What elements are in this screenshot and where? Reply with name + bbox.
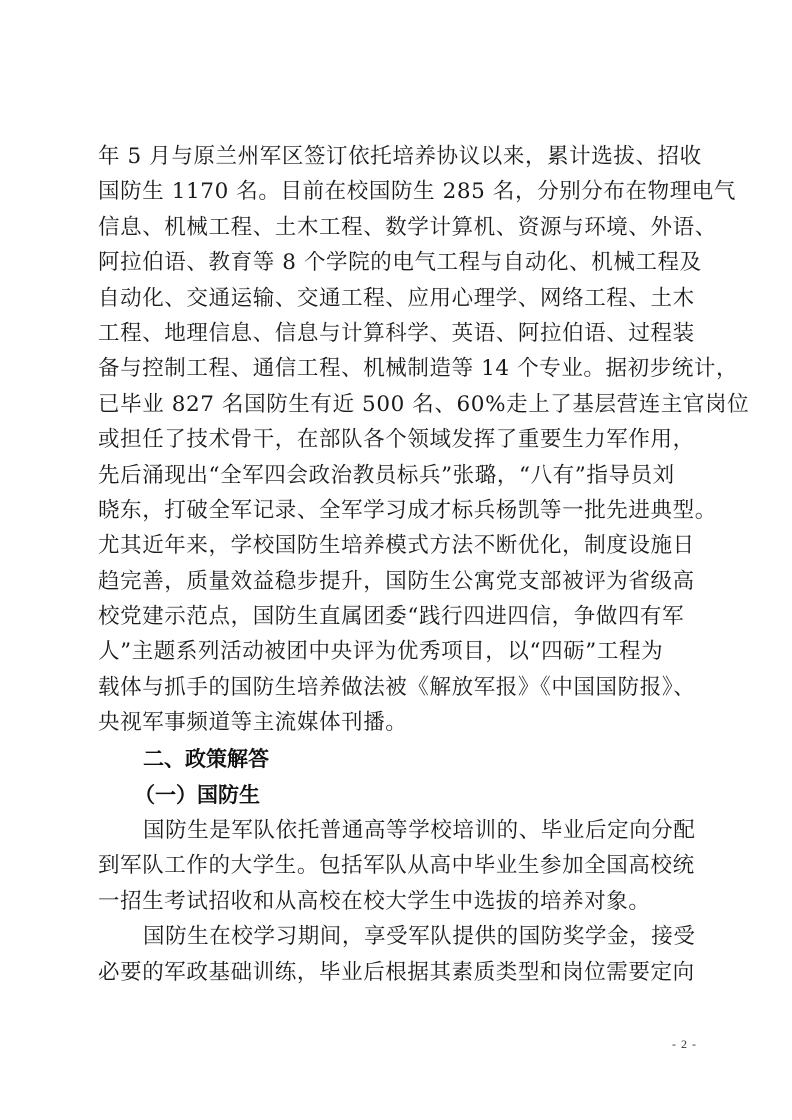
paragraph-definition: 国防生是军队依托普通高等学校培训的、毕业后定向分配 到军队工作的大学生。包括军队… [98, 813, 698, 919]
text-line: 或担任了技术骨干，在部队各个领域发挥了重要生力军作用， [98, 422, 698, 457]
text-line: 趋完善，质量效益稳步提升，国防生公寓党支部被评为省级高 [98, 564, 698, 599]
text-line: 国防生是军队依托普通高等学校培训的、毕业后定向分配 [98, 813, 698, 848]
text-line: 已毕业 827 名国防生有近 500 名、60%走上了基层营连主官岗位 [98, 387, 698, 422]
text-line: 先后涌现出“全军四会政治教员标兵”张璐，“八有”指导员刘 [98, 458, 698, 493]
text-line: 一招生考试招收和从高校在校大学生中选拔的培养对象。 [98, 884, 698, 919]
paragraph-benefits: 国防生在校学习期间，享受军队提供的国防奖学金，接受 必要的军政基础训练，毕业后根… [98, 919, 698, 990]
text-line: 信息、机械工程、土木工程、数学计算机、资源与环境、外语、 [98, 210, 698, 245]
text-line: 阿拉伯语、教育等 8 个学院的电气工程与自动化、机械工程及 [98, 245, 698, 280]
text-line: 人”主题系列活动被团中央评为优秀项目，以“四砺”工程为 [98, 634, 698, 669]
text-line: 晓东，打破全军记录、全军学习成才标兵杨凯等一批先进典型。 [98, 493, 698, 528]
page-number: - 2 - [672, 1037, 697, 1052]
text-line: 国防生在校学习期间，享受军队提供的国防奖学金，接受 [98, 919, 698, 954]
text-line: 尤其近年来，学校国防生培养模式方法不断优化，制度设施日 [98, 528, 698, 563]
text-line: 自动化、交通运输、交通工程、应用心理学、网络工程、土木 [98, 281, 698, 316]
text-line: 央视军事频道等主流媒体刊播。 [98, 705, 698, 740]
text-line: 备与控制工程、通信工程、机械制造等 14 个专业。据初步统计， [98, 351, 698, 386]
document-body: 年 5 月与原兰州军区签订依托培养协议以来，累计选拔、招收 国防生 1170 名… [98, 139, 698, 990]
text-line: 年 5 月与原兰州军区签订依托培养协议以来，累计选拔、招收 [98, 139, 698, 174]
text-line: 校党建示范点，国防生直属团委“践行四进四信，争做四有军 [98, 599, 698, 634]
text-line: 载体与抓手的国防生培养做法被《解放军报》《中国国防报》、 [98, 670, 698, 705]
section-heading: 二、政策解答 [98, 741, 698, 778]
text-line: 工程、地理信息、信息与计算科学、英语、阿拉伯语、过程装 [98, 316, 698, 351]
subsection-heading: （一）国防生 [98, 778, 698, 813]
text-line: 到军队工作的大学生。包括军队从高中毕业生参加全国高校统 [98, 848, 698, 883]
document-page: 年 5 月与原兰州军区签订依托培养协议以来，累计选拔、招收 国防生 1170 名… [0, 0, 792, 1120]
paragraph-continued: 年 5 月与原兰州军区签订依托培养协议以来，累计选拔、招收 国防生 1170 名… [98, 139, 698, 741]
text-line: 国防生 1170 名。目前在校国防生 285 名，分别分布在物理电气 [98, 174, 698, 209]
text-line: 必要的军政基础训练，毕业后根据其素质类型和岗位需要定向 [98, 955, 698, 990]
